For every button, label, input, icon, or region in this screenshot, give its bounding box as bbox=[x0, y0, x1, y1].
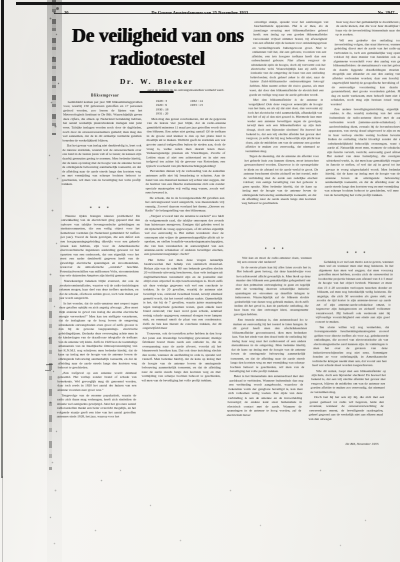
divider-marks: * * * bbox=[238, 247, 312, 251]
column-3-block-b: Wat kan en moet de radio-amateur doen, w… bbox=[224, 256, 312, 456]
body-paragraph: Wil een gedeelte der ontlading toch de i… bbox=[330, 38, 400, 106]
article-right-half: onveilige stukje, spreekt voor het aanbr… bbox=[0, 0, 400, 562]
body-paragraph: Ten slotte willen wij nog vermelden, dat… bbox=[312, 325, 389, 368]
body-paragraph: Doch laat hij het ook zij: hij, die zich… bbox=[308, 395, 384, 421]
body-paragraph: haar weg door het gemakkelijk te doorkli… bbox=[335, 20, 400, 37]
signoff-text: De Bilt, November 1933. bbox=[307, 442, 381, 446]
body-paragraph: Een andere beveiligingsinrichting, eigen… bbox=[324, 107, 400, 197]
scanned-newspaper-page: { "colors": { "paper": "#f4f3ef", "ink":… bbox=[0, 0, 400, 562]
body-paragraph: Tegen de meening, dat de antenne als afl… bbox=[241, 154, 319, 205]
body-paragraph: Met den bliksemafleider is de antenne te… bbox=[245, 97, 323, 153]
body-paragraph: Wie dit nalaat, loopt met een bliksemafl… bbox=[310, 368, 386, 394]
asterisk-divider: * * * bbox=[320, 251, 394, 258]
body-paragraph: Een tweede misstap is, den antennedraad … bbox=[230, 317, 308, 373]
body-paragraph: onveilige stukje, spreekt voor het aanbr… bbox=[249, 20, 328, 97]
divider-marks: * * * bbox=[320, 251, 394, 255]
body-paragraph: Gelukkig is er wel een motto aan te geve… bbox=[315, 260, 393, 324]
column-3-block-a: onveilige stukje, spreekt voor het aanbr… bbox=[239, 20, 329, 245]
signoff-dateline: De Bilt, November 1933. bbox=[306, 442, 381, 450]
body-paragraph: Wat kan en moet de radio-amateur doen, w… bbox=[237, 256, 312, 265]
body-paragraph: In de eerste plaats kan hij alles laten … bbox=[234, 265, 312, 316]
body-paragraph: Beter is het binnenshuis den antennedraa… bbox=[227, 374, 304, 417]
column-4-block-a: haar weg door het gemakkelijk te doorkli… bbox=[320, 20, 400, 249]
column-4-block-b: Gelukkig is er wel een motto aan te geve… bbox=[307, 260, 394, 440]
asterisk-divider: * * * bbox=[238, 247, 312, 254]
